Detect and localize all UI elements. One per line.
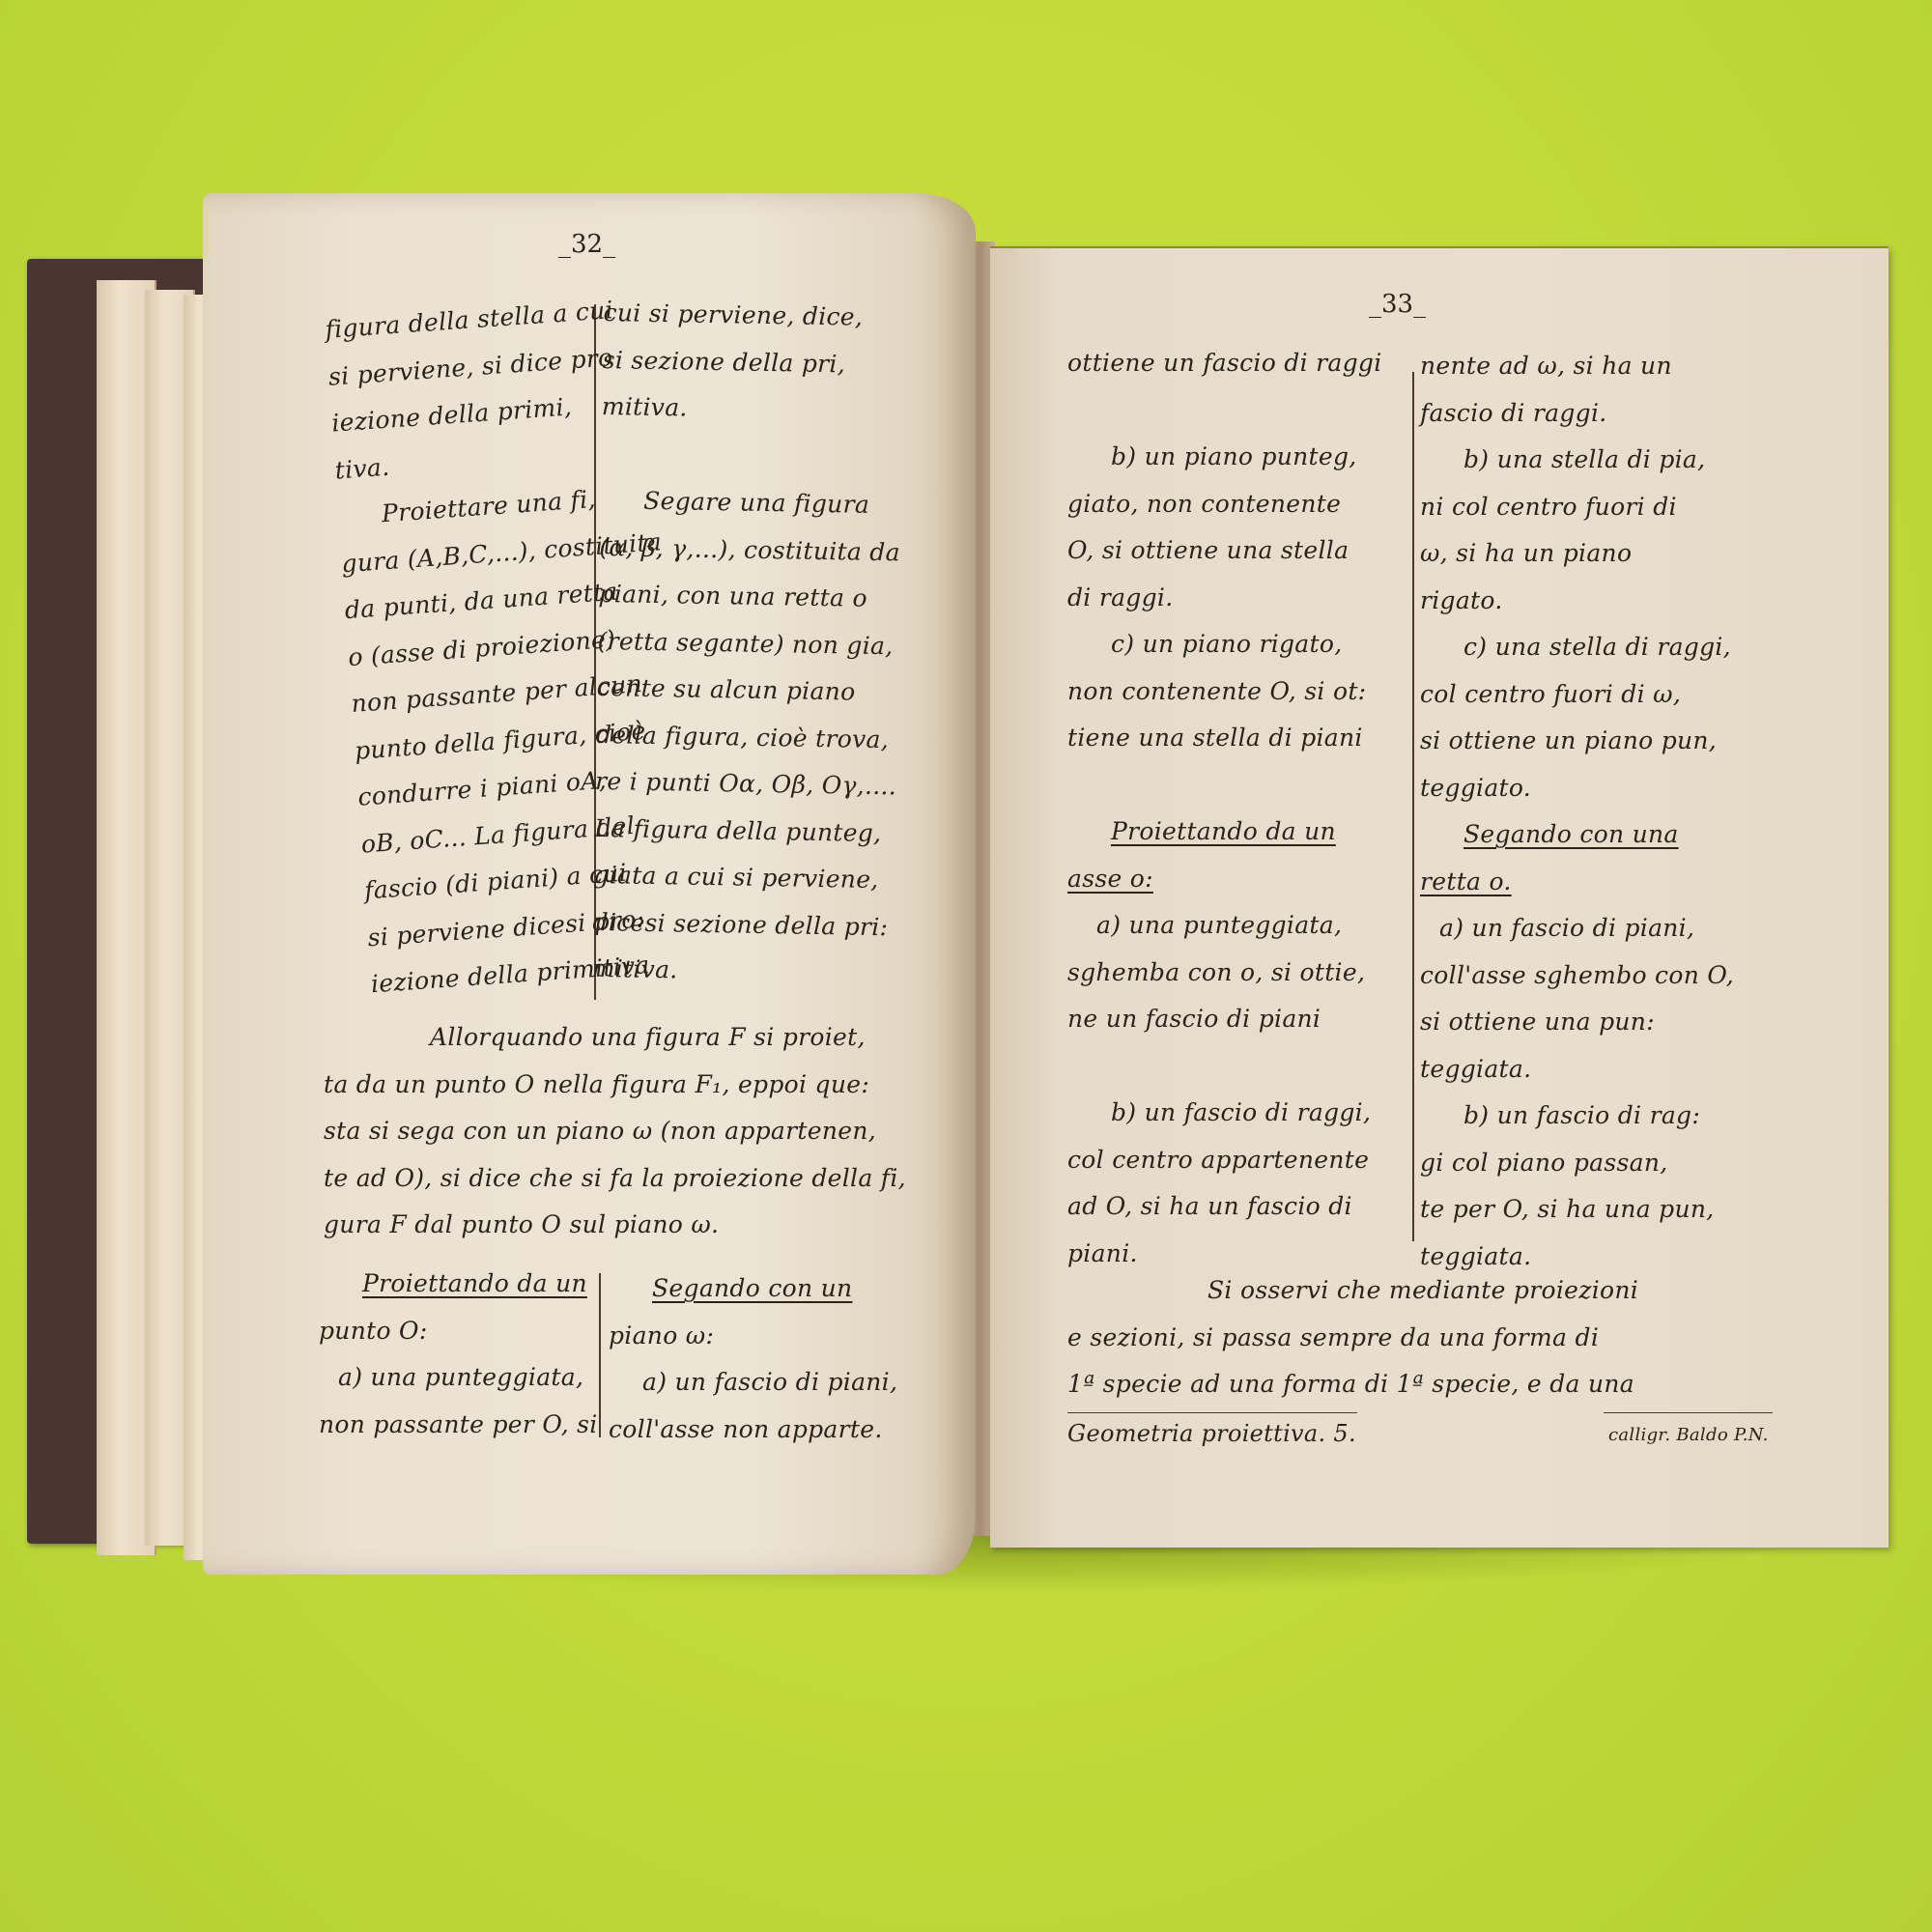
text-line: gi col piano passan,: [1420, 1140, 1787, 1187]
footer-title: Geometria proiettiva. 5.: [1067, 1420, 1356, 1447]
text-line: c) una stella di raggi,: [1420, 624, 1787, 671]
text-line: retta o.: [1420, 859, 1787, 906]
text-line: [1067, 1043, 1410, 1091]
text-line: punto O:: [319, 1308, 594, 1355]
text-line: sta si sega con un piano ω (non apparten…: [324, 1108, 952, 1155]
heading-proiettando-asse: Proiettando da un: [1067, 809, 1410, 856]
text-line: piano ω:: [609, 1313, 937, 1360]
text-line: asse o:: [1067, 856, 1410, 903]
text-line: ne un fascio di piani: [1067, 996, 1410, 1043]
text-line: giata a cui si perviene,: [593, 852, 913, 904]
heading-segando-piano: Segando con un: [609, 1265, 937, 1313]
text-line: dicesi sezione della pri:: [592, 898, 912, 951]
left-col2: cui si perviene, dice, si sezione della …: [591, 290, 923, 998]
footer-calligrapher: calligr. Baldo P.N.: [1608, 1425, 1769, 1445]
heading-segando-retta: Segando con una: [1420, 811, 1787, 859]
right-col2: nente ad ω, si ha un fascio di raggi. b)…: [1420, 343, 1787, 1280]
text-line: giato, non contenente: [1067, 481, 1410, 528]
text-line: col centro fuori di ω,: [1420, 671, 1787, 719]
text-line: a) una punteggiata,: [319, 1354, 594, 1402]
text-line: te per O, si ha una pun,: [1420, 1186, 1787, 1234]
left-lower-col1: Proiettando da un punto O: a) una punteg…: [319, 1261, 594, 1448]
text-line: nente ad ω, si ha un: [1420, 343, 1787, 390]
right-paragraph: Si osservi che mediante proiezioni e sez…: [1067, 1267, 1782, 1408]
heading-proiettando-punto: Proiettando da un: [319, 1261, 594, 1308]
text-line: della figura, cioè trova,: [596, 711, 916, 763]
text-line: b) una stella di pia,: [1420, 437, 1787, 484]
text-line: te ad O), si dice che si fa la proiezion…: [324, 1155, 952, 1203]
left-col1: figura della stella a cui si perviene, s…: [324, 289, 638, 1009]
text-line: col centro appartenente: [1067, 1137, 1410, 1184]
text-line: c) un piano rigato,: [1067, 621, 1410, 668]
left-lower-col2: Segando con un piano ω: a) un fascio di …: [609, 1265, 937, 1453]
text-line: e sezioni, si passa sempre da una forma …: [1067, 1315, 1782, 1362]
right-col1: ottiene un fascio di raggi b) un piano p…: [1067, 340, 1410, 1277]
left-paragraph: Allorquando una figura F si proiet, ta d…: [324, 1014, 952, 1249]
text-line: mitiva.: [601, 384, 921, 436]
text-line: coll'asse sghembo con O,: [1420, 952, 1787, 1000]
text-line: ta da un punto O nella figura F₁, eppoi …: [324, 1062, 952, 1109]
text-line: ottiene un fascio di raggi: [1067, 340, 1410, 387]
text-line: (retta segante) non gia,: [597, 617, 917, 669]
text-line: a) una punteggiata,: [1067, 902, 1410, 950]
footer-rule-right: [1604, 1412, 1773, 1413]
text-line: cente su alcun piano: [596, 665, 916, 717]
text-line: si ottiene una pun:: [1420, 999, 1787, 1046]
text-line: non passante per O, si: [319, 1402, 594, 1449]
text-line: piani, con una retta o: [598, 571, 918, 623]
text-line: di raggi.: [1067, 575, 1410, 622]
text-line: non contenente O, si ot:: [1067, 668, 1410, 716]
text-line: rigato.: [1420, 578, 1787, 625]
text-line: [601, 430, 921, 482]
text-line: b) un piano punteg,: [1067, 434, 1410, 481]
page-number-left: _32_: [558, 230, 615, 259]
text-line: cui si perviene, dice,: [603, 290, 923, 342]
heading-segare: Segare una figura: [600, 477, 920, 529]
text-line: 1ª specie ad una forma di 1ª specie, e d…: [1067, 1361, 1782, 1408]
text-line: coll'asse non apparte.: [609, 1406, 937, 1454]
text-line: a) un fascio di piani,: [1420, 905, 1787, 952]
text-line: mitiva.: [591, 946, 911, 998]
column-divider: [1412, 372, 1414, 1241]
text-line: gura F dal punto O sul piano ω.: [324, 1202, 952, 1249]
text-line: O, si ottiene una stella: [1067, 527, 1410, 575]
text-line: ω, si ha un piano: [1420, 530, 1787, 578]
text-line: teggiato.: [1420, 765, 1787, 812]
text-line: b) un fascio di rag:: [1420, 1093, 1787, 1140]
text-line: (α, β, γ,...), costituita da: [599, 524, 919, 576]
page-number-right: _33_: [1369, 290, 1426, 319]
text-line: ni col centro fuori di: [1420, 484, 1787, 531]
text-line: [1067, 762, 1410, 810]
text-line: ad O, si ha un fascio di: [1067, 1183, 1410, 1231]
text-line: Allorquando una figura F si proiet,: [324, 1014, 952, 1062]
text-line: b) un fascio di raggi,: [1067, 1090, 1410, 1137]
footer-rule-left: [1067, 1412, 1357, 1413]
text-line: La figura della punteg,: [594, 805, 914, 857]
text-line: teggiata.: [1420, 1046, 1787, 1094]
text-line: [1067, 387, 1410, 435]
text-line: sghemba con o, si ottie,: [1067, 950, 1410, 997]
text-line: re i punti Oα, Oβ, Oγ,....: [595, 758, 915, 810]
text-line: fascio di raggi.: [1420, 390, 1787, 438]
text-line: si sezione della pri,: [602, 336, 922, 388]
text-line: tiene una stella di piani: [1067, 715, 1410, 762]
text-line: a) un fascio di piani,: [609, 1359, 937, 1406]
text-line: Si osservi che mediante proiezioni: [1067, 1267, 1782, 1315]
text-line: si ottiene un piano pun,: [1420, 718, 1787, 765]
column-divider: [599, 1273, 601, 1437]
